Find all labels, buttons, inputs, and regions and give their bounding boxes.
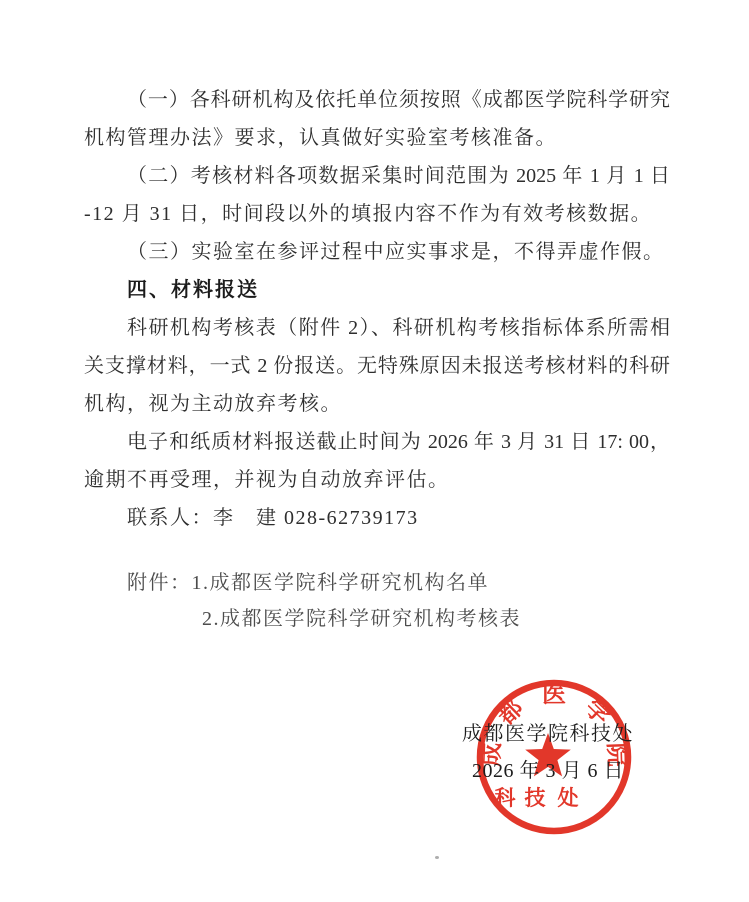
attachment-item-2: 2.成都医学院科学研究机构考核表: [84, 601, 670, 637]
seal-ring-char-3: 医: [542, 681, 566, 708]
attachments-block: 附件：1.成都医学院科学研究机构名单 2.成都医学院科学研究机构考核表: [84, 565, 670, 637]
para-item1-line2: 机构管理办法》要求，认真做好实验室考核准备。: [84, 119, 670, 157]
para-deadline-line2: 逾期不再受理，并视为自动放弃评估。: [84, 461, 670, 499]
para-submission-line3: 机构，视为主动放弃考核。: [84, 385, 670, 423]
scan-artifact-speck: [435, 856, 439, 859]
para-deadline-line1: 电子和纸质材料报送截止时间为 2026 年 3 月 31 日 17: 00，: [84, 423, 670, 461]
para-submission-line2: 关支撑材料，一式 2 份报送。无特殊原因未报送考核材料的科研: [84, 347, 670, 385]
contact-line: 联系人：李 建 028-62739173: [84, 499, 670, 537]
attachment-item-1: 附件：1.成都医学院科学研究机构名单: [84, 565, 670, 601]
section-heading-material-submission: 四、材料报送: [84, 271, 670, 309]
para-item2-line1: （二）考核材料各项数据采集时间范围为 2025 年 1 月 1 日: [84, 157, 670, 195]
para-item1-line1: （一）各科研机构及依托单位须按照《成都医学院科学研究: [84, 81, 670, 119]
closing-signer: 成都医学院科技处: [462, 715, 634, 753]
para-item3-line1: （三）实验室在参评过程中应实事求是，不得弄虚作假。: [84, 233, 670, 271]
document-body: （一）各科研机构及依托单位须按照《成都医学院科学研究 机构管理办法》要求，认真做…: [84, 81, 670, 637]
para-item2-line2: -12 月 31 日，时间段以外的填报内容不作为有效考核数据。: [84, 195, 670, 233]
closing-date: 2026 年 3 月 6 日: [472, 752, 624, 790]
document-page: （一）各科研机构及依托单位须按照《成都医学院科学研究 机构管理办法》要求，认真做…: [0, 0, 749, 902]
para-submission-line1: 科研机构考核表（附件 2）、科研机构考核指标体系所需相: [84, 309, 670, 347]
